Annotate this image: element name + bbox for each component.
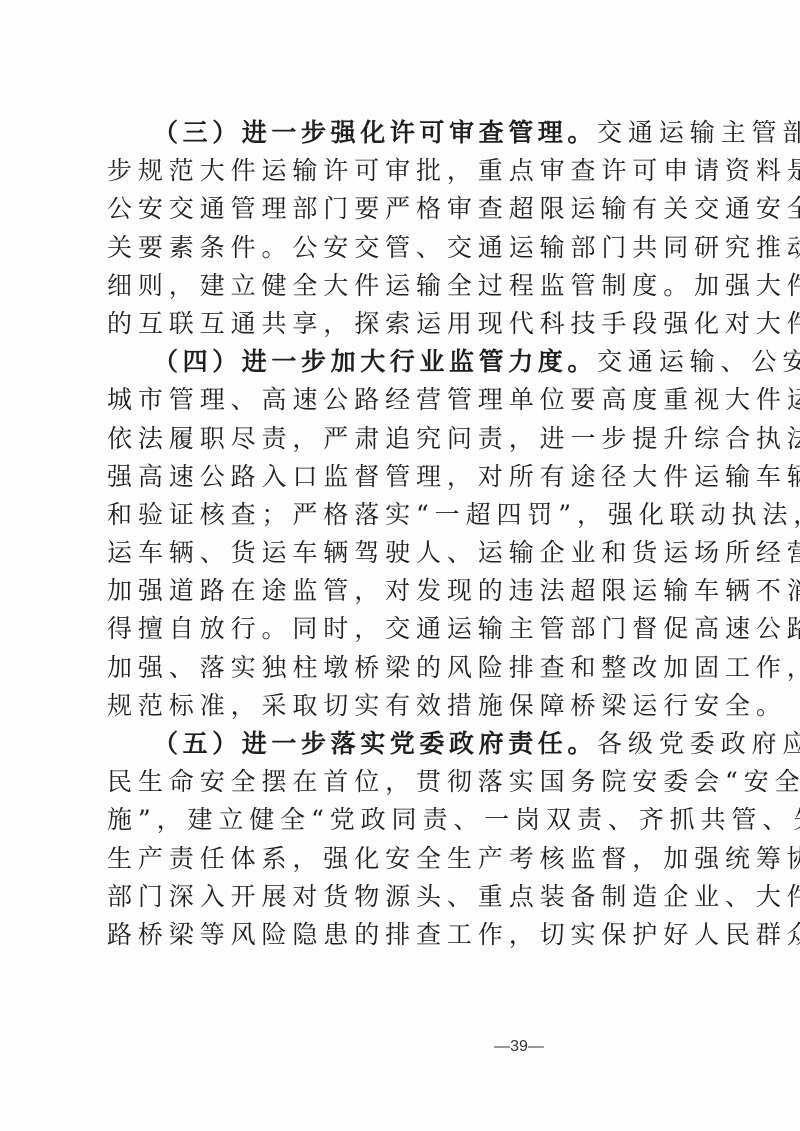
- body-line: 生产责任体系，强化安全生产考核监督，加强统筹协调，组织相关: [107, 840, 697, 878]
- body-line: 强高速公路入口监督管理，对所有途径大件运输车辆进行称重检测: [107, 458, 697, 496]
- document-page: （三）进一步强化许可审查管理。交通运输主管部门应当进一 步规范大件运输许可审批，…: [0, 0, 800, 1131]
- section-3-text: 交通运输主管部门应当进一: [597, 118, 800, 147]
- section-3-heading: （三）进一步强化许可审查管理。: [153, 118, 597, 147]
- section-4-text: 交通运输、公安交管、工信、: [597, 347, 800, 376]
- body-line: 的互联互通共享，探索运用现代科技手段强化对大件运输管理。: [107, 305, 697, 343]
- body-line: 步规范大件运输许可审批，重点审查许可申请资料是否完整有效；: [107, 152, 697, 190]
- section-4-heading: （四）进一步加大行业监管力度。: [153, 347, 597, 376]
- body-line: 加强道路在途监管，对发现的违法超限运输车辆不消除违法状态不: [107, 572, 697, 610]
- page-number: —39—: [0, 1038, 800, 1056]
- body-line: 路桥梁等风险隐患的排查工作，切实保护好人民群众生命财产安全、: [107, 916, 697, 954]
- body-line: 得擅自放行。同时，交通运输主管部门督促高速公路经营管理单位: [107, 610, 697, 648]
- section-4-line-1: （四）进一步加大行业监管力度。交通运输、公安交管、工信、: [107, 343, 697, 381]
- body-line: 部门深入开展对货物源头、重点装备制造企业、大件运输企业、公: [107, 878, 697, 916]
- body-line: 和验证核查；严格落实“一超四罚”，强化联动执法，加大对违法货: [107, 496, 697, 534]
- body-line: 细则，建立健全大件运输全过程监管制度。加强大件运输管理数据: [107, 267, 697, 305]
- body-line: 运车辆、货运车辆驾驶人、运输企业和货运场所经营者的处罚力度；: [107, 534, 697, 572]
- body-line: 依法履职尽责，严肃追究问责，进一步提升综合执法管控质效。加: [107, 420, 697, 458]
- section-3-line-1: （三）进一步强化许可审查管理。交通运输主管部门应当进一: [107, 114, 697, 152]
- body-line: 施”，建立健全“党政同责、一岗双责、齐抓共管、失职追责”的安全: [107, 801, 697, 839]
- body-line: 规范标准，采取切实有效措施保障桥梁运行安全。: [107, 687, 697, 725]
- document-body: （三）进一步强化许可审查管理。交通运输主管部门应当进一 步规范大件运输许可审批，…: [107, 114, 697, 954]
- section-5-line-1: （五）进一步落实党委政府责任。各级党委政府应当把保护人: [107, 725, 697, 763]
- section-5-text: 各级党委政府应当把保护人: [597, 729, 800, 758]
- body-line: 关要素条件。公安交管、交通运输部门共同研究推动大件运输护送: [107, 229, 697, 267]
- body-line: 民生命安全摆在首位，贯彻落实国务院安委会“安全生产十五条措: [107, 763, 697, 801]
- body-line: 公安交通管理部门要严格审查超限运输有关交通安全秩序管理的相: [107, 190, 697, 228]
- section-5-heading: （五）进一步落实党委政府责任。: [153, 729, 597, 758]
- body-line: 城市管理、高速公路经营管理单位要高度重视大件运输管理工作，: [107, 381, 697, 419]
- body-line: 加强、落实独柱墩桥梁的风险排查和整改加固工作，落实部颁技术: [107, 649, 697, 687]
